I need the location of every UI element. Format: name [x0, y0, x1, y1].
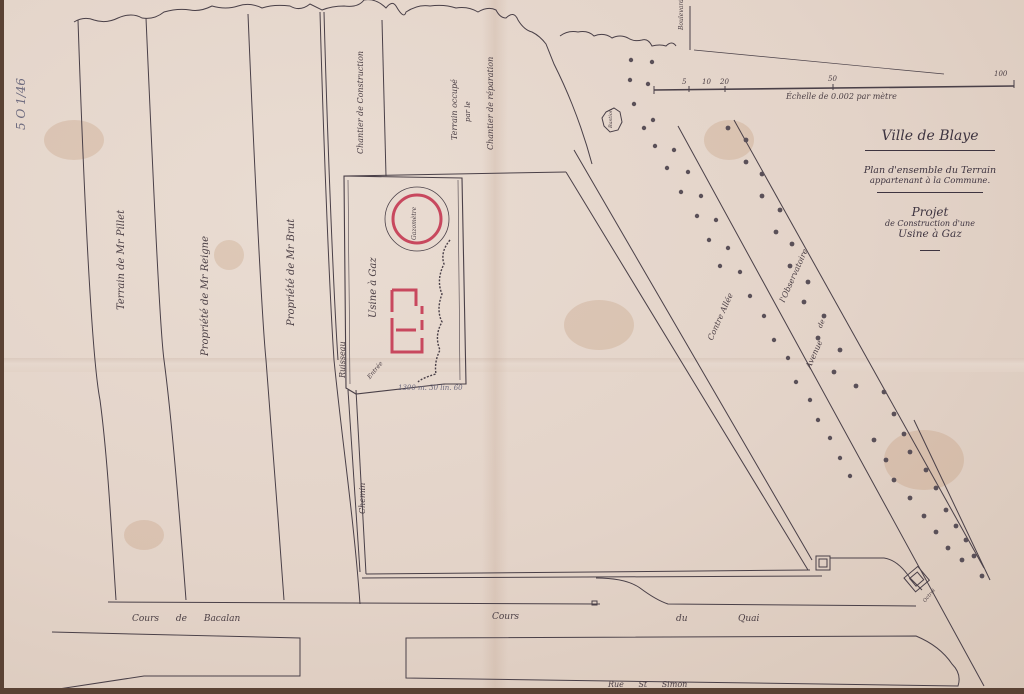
- octroi-box-inner: [819, 559, 827, 567]
- project-label: Projet: [850, 205, 1010, 219]
- parcel-label-pillet: Terrain de Mr Pillet: [116, 210, 127, 310]
- parcel-label-terrain-occupe-3: Chantier de réparation: [486, 57, 495, 150]
- chemin-line: [348, 390, 360, 572]
- scale-tick-label: 20: [720, 78, 729, 86]
- cours-du-quai-label-2: du: [676, 614, 688, 624]
- guide-line: [694, 50, 944, 74]
- cours-bacalan-label: Cours de Bacalan: [132, 614, 240, 624]
- chemin-label: Chemin: [358, 483, 367, 514]
- triangle-edge: [574, 150, 812, 560]
- scale-tick-label: 50: [828, 75, 837, 83]
- lower-block-east: [406, 636, 959, 686]
- project-line1: de Construction d'une: [850, 219, 1010, 228]
- map-title: Ville de Blaye: [850, 128, 1010, 144]
- boulevard-boundary: [560, 32, 676, 47]
- gasometer-label: Gazomètre: [411, 207, 418, 240]
- scale-tick-label: 10: [702, 78, 711, 86]
- subtitle-rule: [877, 192, 983, 193]
- parcel-label-terrain-occupe-1: Terrain occupé: [450, 79, 459, 140]
- map-sheet: Ville de Blaye Plan d'ensemble du Terrai…: [4, 0, 1024, 688]
- title-cartouche: Ville de Blaye Plan d'ensemble du Terrai…: [850, 128, 1010, 251]
- parcel-line: [248, 14, 284, 600]
- parcel-line: [344, 172, 566, 176]
- boulevard-label: Boulevard: [678, 0, 685, 30]
- octroi-box: [816, 556, 830, 570]
- triangle-base: [362, 576, 822, 578]
- parcel-label-brut: Propriété de Mr Brut: [286, 219, 297, 326]
- quai-edge: [596, 578, 916, 606]
- cours-du-quai-label-3: Quai: [738, 614, 759, 624]
- scale-tick-label: 5: [682, 78, 686, 86]
- parcel-label-reigne: Propriété de Mr Reigne: [200, 236, 211, 356]
- parcel-line: [146, 18, 186, 600]
- parcel-label-terrain-occupe-2: par le: [464, 101, 472, 122]
- rue-st-simon-label: Rue St Simon: [608, 680, 687, 688]
- gasworks-area-note: 1300 m. 30 lin. 60: [398, 384, 463, 392]
- gasworks-label: Usine à Gaz: [368, 257, 379, 318]
- parcel-line: [320, 12, 360, 604]
- parcel-line: [382, 20, 386, 176]
- avenue-edge: [914, 420, 990, 580]
- scale-tick-label: 100: [994, 70, 1007, 78]
- triangle-edge: [566, 172, 808, 570]
- map-drawing: [4, 0, 1024, 688]
- cours-bacalan-edge: [108, 602, 600, 604]
- parcel-line: [78, 20, 116, 600]
- ruisseau-label: Ruisseau: [338, 341, 347, 378]
- archive-note: 5 O 1/46: [14, 78, 28, 130]
- map-subtitle-line2: appartenant à la Commune.: [850, 176, 1010, 186]
- lower-block-west: [52, 632, 300, 688]
- gasworks-building-walls: [392, 290, 422, 352]
- map-subtitle-line1: Plan d'ensemble du Terrain: [850, 165, 1010, 176]
- triangle-base: [366, 570, 810, 574]
- title-rule: [865, 150, 995, 151]
- scale-bar-line: [654, 86, 1014, 90]
- scale-bar-caption: Échelle de 0.002 par mètre: [786, 92, 897, 101]
- cours-du-quai-label-1: Cours: [492, 612, 519, 622]
- bastion-label: Bastion: [608, 109, 614, 128]
- parcel-label-chantier: Chantier de Construction: [356, 51, 365, 154]
- project-line2: Usine à Gaz: [850, 228, 1010, 240]
- closing-rule: [920, 250, 940, 251]
